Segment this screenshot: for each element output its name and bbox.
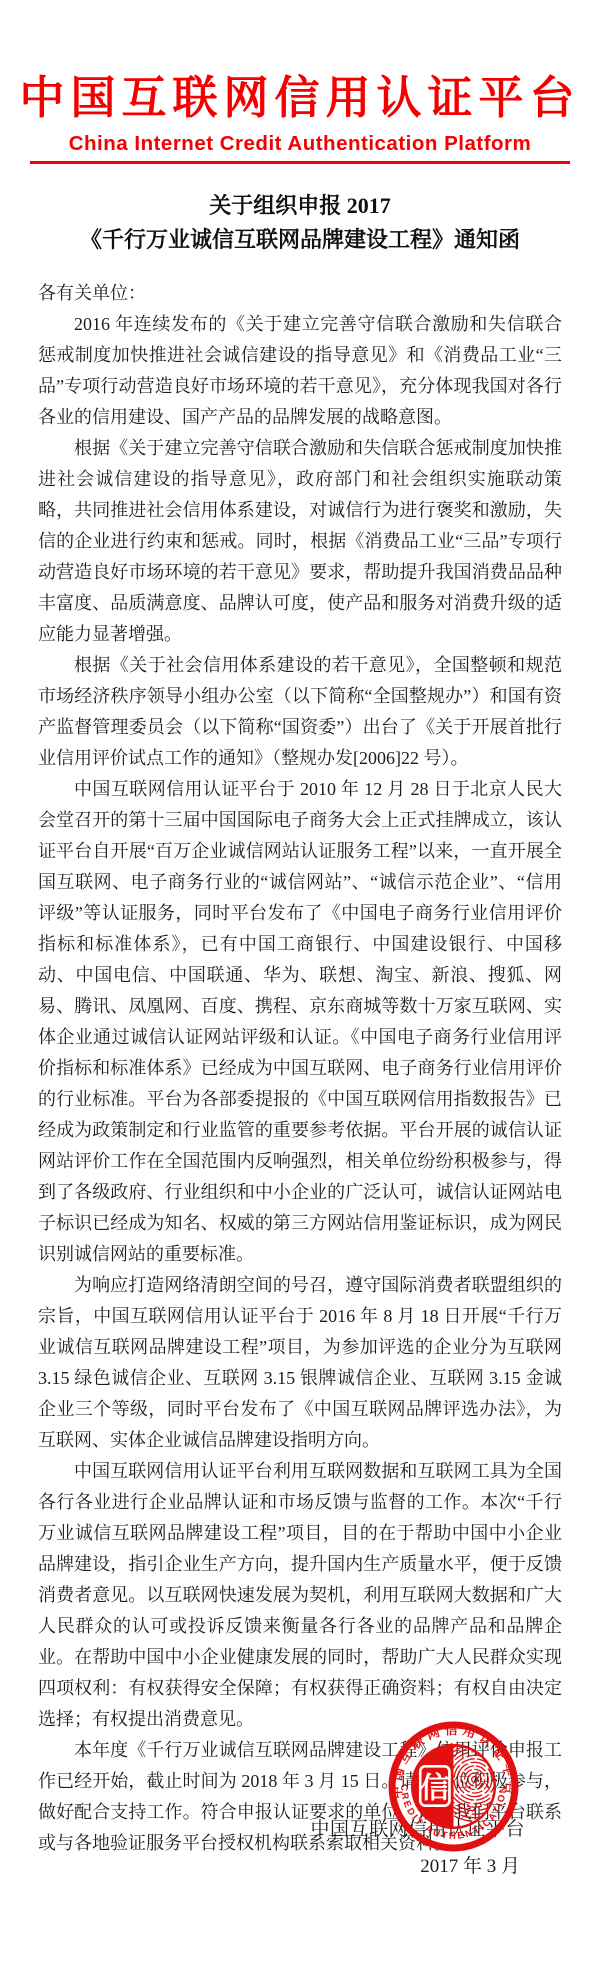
paragraph: 为响应打造网络清朗空间的号召，遵守国际消费者联盟组织的宗旨，中国互联网信用认证平…	[38, 1270, 562, 1456]
document-title-line1: 关于组织申报 2017	[0, 190, 600, 222]
document-title: 关于组织申报 2017 《千行万业诚信互联网品牌建设工程》通知函	[0, 190, 600, 258]
paragraph: 2016 年连续发布的《关于建立完善守信联合激励和失信联合惩戒制度加快推进社会诚…	[38, 309, 562, 433]
letterhead-divider	[30, 161, 570, 164]
paragraphs: 2016 年连续发布的《关于建立完善守信联合激励和失信联合惩戒制度加快推进社会诚…	[38, 309, 562, 1859]
document-body: 各有关单位： 2016 年连续发布的《关于建立完善守信联合激励和失信联合惩戒制度…	[38, 278, 562, 1859]
platform-title-en: China Internet Credit Authentication Pla…	[0, 132, 600, 156]
seal-center-glyph: 信	[420, 1771, 449, 1805]
platform-title-cn: 中国互联网信用认证平台	[0, 72, 600, 124]
credit-seal-icon: 信 中国互联网信用认证平台 CREDIT AUTHENTICATION	[388, 1721, 519, 1852]
signature-date: 2017 年 3 月	[420, 1851, 520, 1878]
paragraph: 中国互联网信用认证平台利用互联网数据和互联网工具为全国各行各业进行企业品牌认证和…	[38, 1456, 562, 1735]
salutation: 各有关单位：	[38, 278, 562, 309]
document-title-line2: 《千行万业诚信互联网品牌建设工程》通知函	[0, 222, 600, 258]
letterhead: 中国互联网信用认证平台 China Internet Credit Authen…	[0, 0, 600, 164]
paragraph: 根据《关于建立完善守信联合激励和失信联合惩戒制度加快推进社会诚信建设的指导意见》…	[38, 433, 562, 650]
paragraph: 根据《关于社会信用体系建设的若干意见》，全国整顿和规范市场经济秩序领导小组办公室…	[38, 650, 562, 774]
paragraph: 中国互联网信用认证平台于 2010 年 12 月 28 日于北京人民大会堂召开的…	[38, 774, 562, 1270]
notice-document-page: 中国互联网信用认证平台 China Internet Credit Authen…	[0, 0, 600, 1978]
